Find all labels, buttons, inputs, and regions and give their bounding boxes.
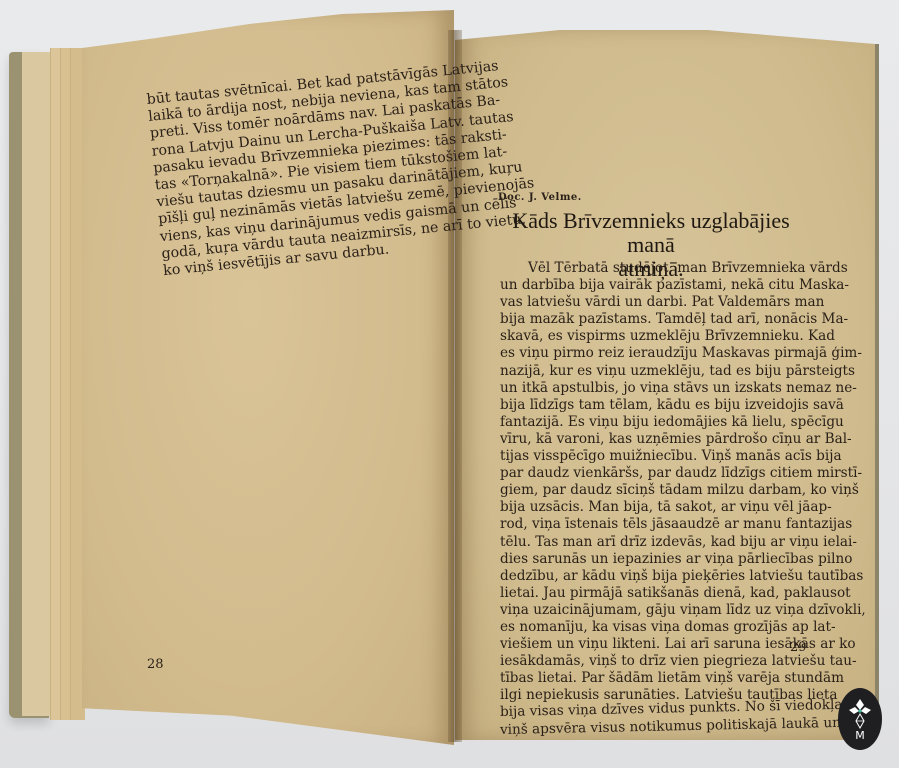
text-line: Vēl Tērbatā studējot, man Brīvzemnieka v… (500, 260, 806, 277)
text-line: viešiem un viņu likteni. Lai arī saruna … (500, 636, 806, 653)
left-page-text: būt tautas svētnīcai. Bet kad patstāvīgā… (146, 62, 473, 280)
text-line: vas latviešu vārdi un darbi. Pat Valdemā… (500, 294, 806, 311)
svg-text:M: M (855, 729, 865, 742)
watermark-logo: M (838, 688, 882, 750)
page-number-left: 28 (147, 657, 164, 672)
text-line: bija uzsācis. Man bija, tā sakot, ar viņ… (500, 499, 806, 516)
text-line: iesākdamās, viņš to drīz vien piegrieza … (500, 653, 806, 670)
right-page-text: Vēl Tērbatā studējot, man Brīvzemnieka v… (500, 260, 806, 739)
text-line: bija līdzīgs tam tēlam, kādu es biju izv… (500, 397, 806, 414)
text-line: es nomanīju, ka visas viņa domas grozījā… (500, 619, 806, 636)
text-line: es viņu pirmo reiz ieraudzīju Maskavas p… (500, 345, 806, 362)
text-line: tēlu. Tas man arī drīz izdevās, kad biju… (500, 534, 806, 551)
text-line: tības lietai. Par šādām lietām viņš varē… (500, 670, 806, 687)
text-line: vīru, kā varoni, kas uzņēmies pārdrošo c… (500, 431, 806, 448)
page-number-right: 29 (790, 640, 807, 655)
text-line: skavā, es vispirms uzmeklēju Brīvzemniek… (500, 328, 806, 345)
text-line: rod, viņa īstenais tēls jāsaaudzē ar man… (500, 516, 806, 533)
text-line: un darbība bija vairāk pazīstami, nekā c… (500, 277, 806, 294)
text-line: bija mazāk pazīstams. Tamdēļ tad arī, no… (500, 311, 806, 328)
text-line: dies sarunās un iepazinies ar viņa pārli… (500, 551, 806, 568)
book-cover-lining (22, 52, 52, 716)
text-line: fantazijā. Es viņu biju iedomājies kā li… (500, 414, 806, 431)
text-line: par daudz vienkāršs, par daudz līdzīgs c… (500, 465, 806, 482)
article-author: Doc. J. Velme. (498, 192, 582, 203)
text-line: dedzību, ar kādu viņš bija pieķēries lat… (500, 568, 806, 585)
text-line: un itkā apstulbis, jo viņa stāvs un izsk… (500, 380, 806, 397)
flower-monogram-icon: M (845, 696, 875, 742)
text-line: nazijā, kur es viņu uzmeklēju, tad es bi… (500, 363, 806, 380)
text-line: lietai. Jau pirmājā satikšanās dienā, ka… (500, 585, 806, 602)
text-line: viņa uzaicinājumam, gāju viņam līdz uz v… (500, 602, 806, 619)
text-line: tijas visspēcīgo muižniecību. Viņš manās… (500, 448, 806, 465)
title-line-1: Kāds Brīvzemnieks uzglabājies manā (496, 209, 806, 257)
text-line: giem, par daudz sīciņš tādam milzu darba… (500, 482, 806, 499)
